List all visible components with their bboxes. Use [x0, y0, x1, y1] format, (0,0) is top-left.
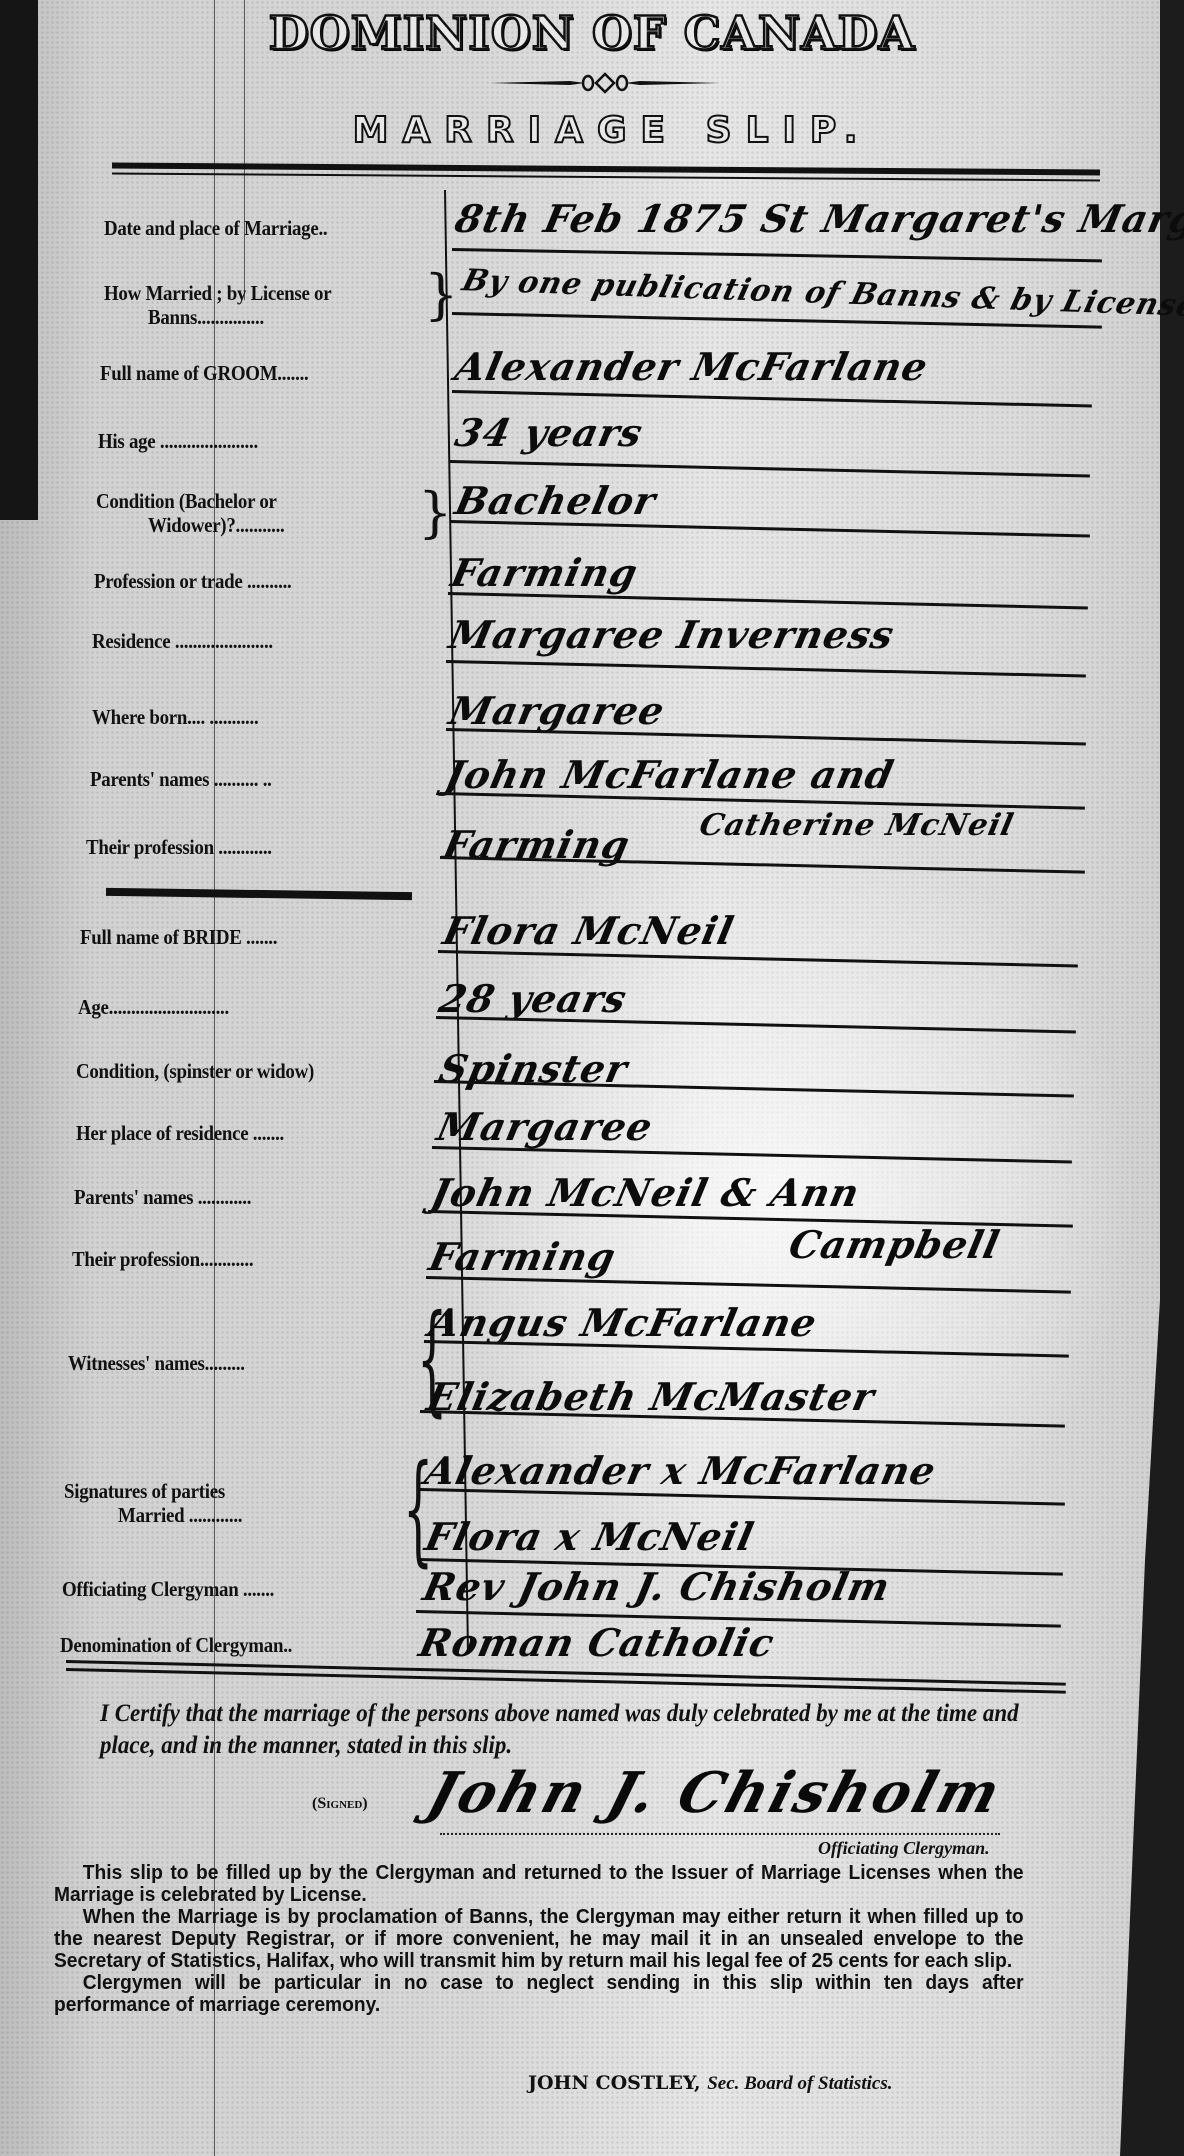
field-label-groom-parents: Parents' names .......... .. — [90, 768, 272, 790]
field-label-how-married-2: Banns............... — [148, 306, 264, 328]
certification-text: I Certify that the marriage of the perso… — [100, 1698, 1020, 1762]
signature-title: Officiating Clergyman. — [818, 1838, 990, 1859]
field-label-bride-condition: Condition, (spinster or widow) — [76, 1060, 314, 1082]
scan-edge — [0, 0, 38, 520]
field-value-groom-birthplace: Margaree — [445, 688, 669, 733]
field-label-bride-residence: Her place of residence ....... — [76, 1122, 284, 1144]
field-value-groom-residence: Margaree Inverness — [445, 612, 898, 657]
ornament-divider-icon — [490, 72, 720, 94]
field-value-bride-parents-profession: Farming — [425, 1234, 620, 1279]
field-value-denomination: Roman Catholic — [415, 1620, 779, 1665]
field-value-bride-name: Flora McNeil — [439, 908, 738, 953]
field-label-groom-birthplace: Where born.... ........... — [92, 706, 258, 728]
field-label-signatures: Signatures of parties — [64, 1480, 225, 1502]
note-paragraph: This slip to be filled up by the Clergym… — [54, 1862, 1024, 1906]
field-value-bride-signature: Flora x McNeil — [421, 1514, 758, 1559]
field-value-bride-parents: John McNeil & Ann — [427, 1170, 864, 1215]
field-label-groom-profession: Profession or trade .......... — [94, 570, 292, 592]
field-label-groom-age: His age ...................... — [98, 430, 258, 452]
field-label-date-place: Date and place of Marriage.. — [104, 217, 327, 239]
secretary-credit: JOHN COSTLEY, Sec. Board of Statistics. — [528, 2072, 892, 2095]
field-label-groom-condition-2: Widower)?........... — [148, 514, 285, 536]
signed-label: (Signed) — [312, 1795, 368, 1813]
field-label-officiating-clergyman: Officiating Clergyman ....... — [62, 1578, 274, 1600]
field-label-groom-parents-profession: Their profession ............ — [86, 836, 272, 858]
field-value-date-place: 8th Feb 1875 St Margaret's Margaree — [451, 196, 1184, 241]
field-value-bride-age: 28 years — [435, 976, 631, 1021]
document-subtitle: MARRIAGE SLIP. — [0, 110, 1184, 151]
field-value-bride-residence: Margaree — [433, 1104, 657, 1149]
field-value-witness-1: Angus McFarlane — [425, 1300, 821, 1345]
field-label-groom-residence: Residence ...................... — [92, 630, 273, 652]
instructions-notes: This slip to be filled up by the Clergym… — [54, 1862, 1024, 2016]
field-label-bride-parents-profession: Their profession............ — [72, 1248, 253, 1270]
secretary-name: JOHN COSTLEY, — [528, 2072, 701, 2094]
field-label-signatures-2: Married ............ — [118, 1504, 242, 1526]
field-label-bride-name: Full name of BRIDE ....... — [80, 926, 277, 948]
field-value-groom-mother: Catherine McNeil — [696, 808, 1017, 843]
clergyman-signature: John J. Chisholm — [421, 1760, 1011, 1826]
signature-line — [440, 1833, 1000, 1835]
field-label-witnesses: Witnesses' names......... — [68, 1352, 245, 1374]
field-value-officiating-clergyman: Rev John J. Chisholm — [419, 1564, 894, 1609]
field-value-groom-age: 34 years — [451, 410, 647, 455]
field-label-denomination: Denomination of Clergyman.. — [60, 1634, 292, 1656]
field-label-how-married: How Married ; by License or — [104, 282, 331, 304]
note-paragraph: When the Marriage is by proclamation of … — [54, 1906, 1024, 1972]
field-value-groom-condition: Bachelor — [451, 478, 660, 523]
document-title: DOMINION OF CANADA — [0, 6, 1184, 60]
field-label-groom-condition: Condition (Bachelor or — [96, 490, 277, 512]
field-label-bride-parents: Parents' names ............ — [74, 1186, 251, 1208]
field-label-groom-name: Full name of GROOM....... — [100, 362, 308, 384]
field-label-bride-age: Age........................... — [78, 996, 229, 1018]
note-paragraph: Clergymen will be particular in no case … — [54, 1972, 1024, 2016]
secretary-title: Sec. Board of Statistics. — [707, 2073, 892, 2094]
field-value-groom-signature: Alexander x McFarlane — [421, 1448, 940, 1493]
field-value-groom-parents: John McFarlane and — [441, 752, 898, 797]
field-value-groom-profession: Farming — [447, 550, 642, 595]
field-value-groom-name: Alexander McFarlane — [451, 344, 932, 389]
brace-icon: } — [418, 486, 452, 540]
field-value-bride-mother: Campbell — [785, 1222, 1004, 1267]
